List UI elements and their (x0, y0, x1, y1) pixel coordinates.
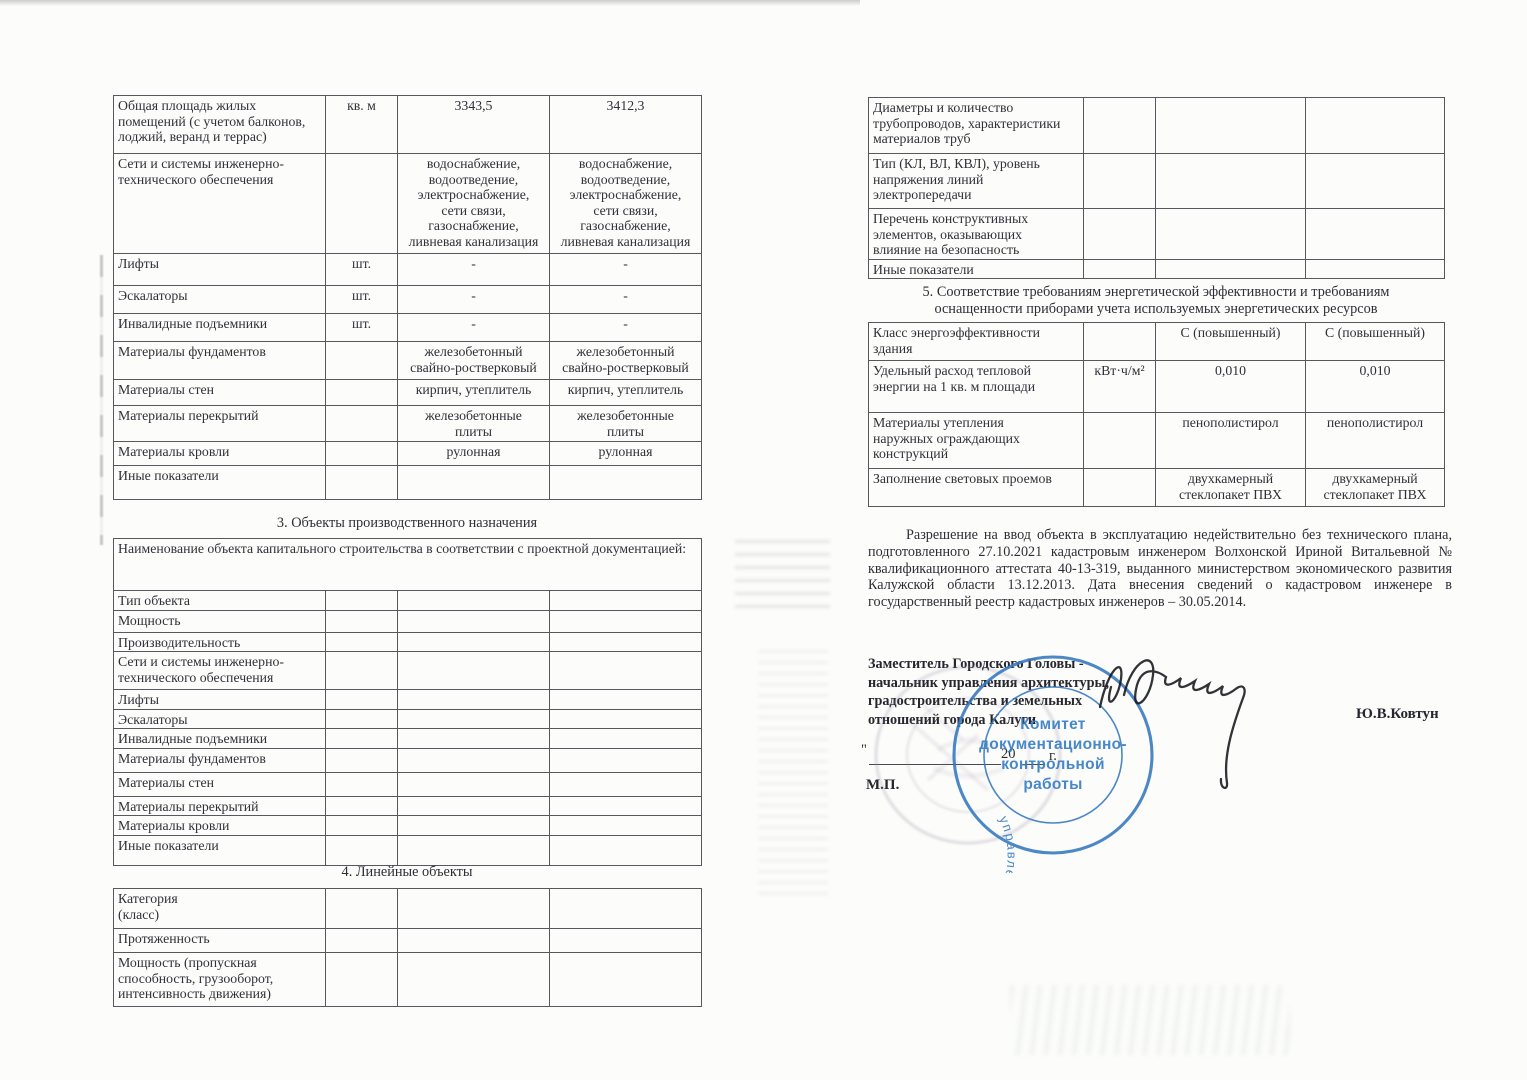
table-cell: Производительность (114, 632, 326, 652)
table-cell (326, 591, 398, 611)
table-cell (326, 466, 398, 500)
table-cell: Удельный расход тепловой энергии на 1 кв… (869, 361, 1084, 413)
table-cell (1306, 98, 1445, 154)
table-cell: 0,010 (1306, 361, 1445, 413)
table-cell (398, 835, 550, 865)
table-cell (550, 632, 702, 652)
table-row: Материалы перекрытийжелезобетонные плиты… (114, 406, 702, 442)
section3-heading: 3. Объекты производственного назначения (113, 515, 701, 532)
section4-heading: 4. Линейные объекты (113, 864, 701, 881)
table-cell (550, 748, 702, 772)
table-cell (326, 953, 398, 1007)
continuation-table: Диаметры и количество трубопроводов, хар… (868, 97, 1445, 279)
table-row: Тип (КЛ, ВЛ, КВЛ), уровень напряжения ли… (869, 154, 1445, 209)
table-cell (550, 835, 702, 865)
table-cell (550, 709, 702, 729)
table-row: Класс энергоэффективности зданияС (повыш… (869, 323, 1445, 361)
section5-heading-line2: оснащенности приборами учета используемы… (868, 301, 1444, 318)
table-cell (398, 632, 550, 652)
table-cell: С (повышенный) (1306, 323, 1445, 361)
table-row: Материалы перекрытий (114, 796, 702, 816)
table-cell: Материалы стен (114, 380, 326, 406)
table-cell (326, 772, 398, 796)
date-open-quote: " (861, 742, 867, 759)
table-cell (326, 929, 398, 953)
table-cell (1156, 98, 1306, 154)
table-cell: Наименование объекта капитального строит… (114, 539, 702, 591)
table-cell (398, 729, 550, 749)
table-cell (550, 929, 702, 953)
table-row: Материалы фундаментов (114, 748, 702, 772)
table-cell: водоснабжение, водоотведение, электросна… (550, 154, 702, 254)
table-row: Сети и системы инженерно- технического о… (114, 154, 702, 254)
table-cell (326, 709, 398, 729)
table-cell: железобетонные плиты (398, 406, 550, 442)
table-cell (326, 748, 398, 772)
table-cell (550, 889, 702, 929)
table-cell (550, 772, 702, 796)
handwritten-signature (1072, 615, 1302, 810)
table-cell: Материалы перекрытий (114, 406, 326, 442)
table-row: Материалы кровлирулоннаярулонная (114, 442, 702, 466)
table-row: Тип объекта (114, 591, 702, 611)
table-row: Удельный расход тепловой энергии на 1 кв… (869, 361, 1445, 413)
table-cell: С (повышенный) (1156, 323, 1306, 361)
table-cell (1084, 413, 1156, 469)
table-row: Лифты (114, 690, 702, 710)
table-cell: - (550, 286, 702, 314)
table-cell: Материалы фундаментов (114, 342, 326, 380)
table-cell: Иные показатели (114, 466, 326, 500)
scanned-permit-document: { "colors": { "ink": "#30303a", "table_b… (0, 0, 1527, 1080)
table-cell (398, 889, 550, 929)
table-cell (326, 154, 398, 254)
table-cell (1156, 209, 1306, 260)
table-cell (1084, 323, 1156, 361)
table-cell (1306, 154, 1445, 209)
table-row: Инвалидные подъемники (114, 729, 702, 749)
table-cell (326, 652, 398, 690)
table-cell (326, 796, 398, 816)
table-cell (550, 796, 702, 816)
table-cell: кв. м (326, 96, 398, 154)
table-cell (326, 690, 398, 710)
scan-bleed-between-pages (735, 540, 830, 615)
table-cell (398, 796, 550, 816)
table-cell (1084, 98, 1156, 154)
table-cell: Протяженность (114, 929, 326, 953)
table-cell (326, 406, 398, 442)
table-cell: двухкамерный стеклопакет ПВХ (1156, 469, 1306, 507)
cadastral-engineer-paragraph: Разрешение на ввод объекта в эксплуатаци… (868, 527, 1452, 611)
table-cell: Сети и системы инженерно- технического о… (114, 652, 326, 690)
table-row: Перечень конструктивных элементов, оказы… (869, 209, 1445, 260)
table-row: Производительность (114, 632, 702, 652)
table-cell (326, 729, 398, 749)
scan-bleed-between-pages-2 (758, 650, 828, 900)
official-name: Ю.В.Ковтун (1356, 706, 1439, 723)
table-cell: 3412,3 (550, 96, 702, 154)
table-cell: Эскалаторы (114, 286, 326, 314)
table-row: Эскалаторы (114, 709, 702, 729)
building-characteristics-table: Общая площадь жилых помещений (с учетом … (113, 95, 702, 500)
table-cell: железобетонный свайно-ростверковый (398, 342, 550, 380)
scan-smudge-top (0, 0, 860, 6)
table-cell: кирпич, утеплитель (550, 380, 702, 406)
table-row: Общая площадь жилых помещений (с учетом … (114, 96, 702, 154)
table-cell (398, 709, 550, 729)
table-row: Мощность (114, 610, 702, 632)
table-cell (326, 342, 398, 380)
table-row: Лифтышт.-- (114, 254, 702, 286)
table-cell (398, 591, 550, 611)
table-cell: Лифты (114, 690, 326, 710)
table-cell: Мощность (пропускная способность, грузоо… (114, 953, 326, 1007)
table-row: Иные показатели (114, 835, 702, 865)
table-cell (1084, 259, 1156, 279)
table-cell: кирпич, утеплитель (398, 380, 550, 406)
table-cell: Иные показатели (114, 835, 326, 865)
table-cell: Тип объекта (114, 591, 326, 611)
table-cell: Материалы кровли (114, 816, 326, 836)
table-cell: Мощность (114, 610, 326, 632)
table-cell: Заполнение световых проемов (869, 469, 1084, 507)
table-row: Материалы утепления наружных ограждающих… (869, 413, 1445, 469)
table-cell: водоснабжение, водоотведение, электросна… (398, 154, 550, 254)
table-cell: Диаметры и количество трубопроводов, хар… (869, 98, 1084, 154)
linear-objects-table: Категория (класс)ПротяженностьМощность (… (113, 888, 702, 1007)
table-row: Категория (класс) (114, 889, 702, 929)
table-cell (1156, 259, 1306, 279)
table-cell: Лифты (114, 254, 326, 286)
table-cell (398, 610, 550, 632)
table-cell: Эскалаторы (114, 709, 326, 729)
table-cell: Класс энергоэффективности здания (869, 323, 1084, 361)
table-cell (550, 466, 702, 500)
table-cell (550, 953, 702, 1007)
table-cell: Иные показатели (869, 259, 1084, 279)
table-cell (550, 610, 702, 632)
table-cell (1306, 209, 1445, 260)
table-cell: железобетонные плиты (550, 406, 702, 442)
table-cell: Материалы фундаментов (114, 748, 326, 772)
energy-efficiency-table: Класс энергоэффективности зданияС (повыш… (868, 322, 1445, 507)
table-cell: Тип (КЛ, ВЛ, КВЛ), уровень напряжения ли… (869, 154, 1084, 209)
table-cell (326, 816, 398, 836)
table-cell: Инвалидные подъемники (114, 314, 326, 342)
table-cell: Перечень конструктивных элементов, оказы… (869, 209, 1084, 260)
table-cell: пенополистирол (1306, 413, 1445, 469)
table-cell: 3343,5 (398, 96, 550, 154)
table-cell: Материалы кровли (114, 442, 326, 466)
table-row: Материалы кровли (114, 816, 702, 836)
table-cell (326, 442, 398, 466)
table-cell: - (398, 254, 550, 286)
table-cell: рулонная (550, 442, 702, 466)
table-cell (550, 816, 702, 836)
section5-heading: 5. Соответствие требованиям энергетическ… (868, 284, 1444, 318)
table-cell: Материалы утепления наружных ограждающих… (869, 413, 1084, 469)
table-row: Диаметры и количество трубопроводов, хар… (869, 98, 1445, 154)
table-cell: рулонная (398, 442, 550, 466)
table-cell (398, 929, 550, 953)
table-cell: Сети и системы инженерно- технического о… (114, 154, 326, 254)
table-cell (326, 889, 398, 929)
table-cell (398, 953, 550, 1007)
table-row: Эскалаторышт.-- (114, 286, 702, 314)
table-row: Материалы стенкирпич, утеплителькирпич, … (114, 380, 702, 406)
table-cell: шт. (326, 286, 398, 314)
table-cell (398, 652, 550, 690)
table-cell (1306, 259, 1445, 279)
table-cell (550, 652, 702, 690)
table-row: Мощность (пропускная способность, грузоо… (114, 953, 702, 1007)
table-cell: Общая площадь жилых помещений (с учетом … (114, 96, 326, 154)
table-cell: Материалы стен (114, 772, 326, 796)
table-cell: 0,010 (1156, 361, 1306, 413)
table-cell: кВт·ч/м² (1084, 361, 1156, 413)
production-objects-table: Наименование объекта капитального строит… (113, 538, 702, 866)
table-cell (398, 748, 550, 772)
table-row: Материалы фундаментовжелезобетонный свай… (114, 342, 702, 380)
table-cell: Категория (класс) (114, 889, 326, 929)
table-cell (1084, 209, 1156, 260)
table-cell (398, 816, 550, 836)
table-cell: шт. (326, 254, 398, 286)
table-row: Иные показатели (114, 466, 702, 500)
table-cell: железобетонный свайно-ростверковый (550, 342, 702, 380)
section5-heading-line1: 5. Соответствие требованиям энергетическ… (868, 284, 1444, 301)
table-cell (326, 835, 398, 865)
table-row: Сети и системы инженерно- технического о… (114, 652, 702, 690)
table-cell (1084, 154, 1156, 209)
table-row: Протяженность (114, 929, 702, 953)
table-cell: двухкамерный стеклопакет ПВХ (1306, 469, 1445, 507)
table-cell: шт. (326, 314, 398, 342)
table-cell (550, 729, 702, 749)
table-cell (550, 690, 702, 710)
table-cell (1156, 154, 1306, 209)
table-cell: Материалы перекрытий (114, 796, 326, 816)
scan-bleed-left-margin (100, 255, 103, 545)
table-cell: - (398, 286, 550, 314)
table-cell: пенополистирол (1156, 413, 1306, 469)
scan-bleed-bottom-right (1010, 985, 1290, 1055)
table-row: Наименование объекта капитального строит… (114, 539, 702, 591)
table-row: Инвалидные подъемникишт.-- (114, 314, 702, 342)
table-row: Материалы стен (114, 772, 702, 796)
table-cell: Инвалидные подъемники (114, 729, 326, 749)
table-cell (326, 380, 398, 406)
table-cell (398, 772, 550, 796)
table-cell: - (550, 314, 702, 342)
table-row: Иные показатели (869, 259, 1445, 279)
table-cell (1084, 469, 1156, 507)
table-row: Заполнение световых проемовдвухкамерный … (869, 469, 1445, 507)
table-cell: - (550, 254, 702, 286)
table-cell (326, 610, 398, 632)
table-cell (398, 466, 550, 500)
table-cell (326, 632, 398, 652)
table-cell: - (398, 314, 550, 342)
table-cell (398, 690, 550, 710)
table-cell (550, 591, 702, 611)
